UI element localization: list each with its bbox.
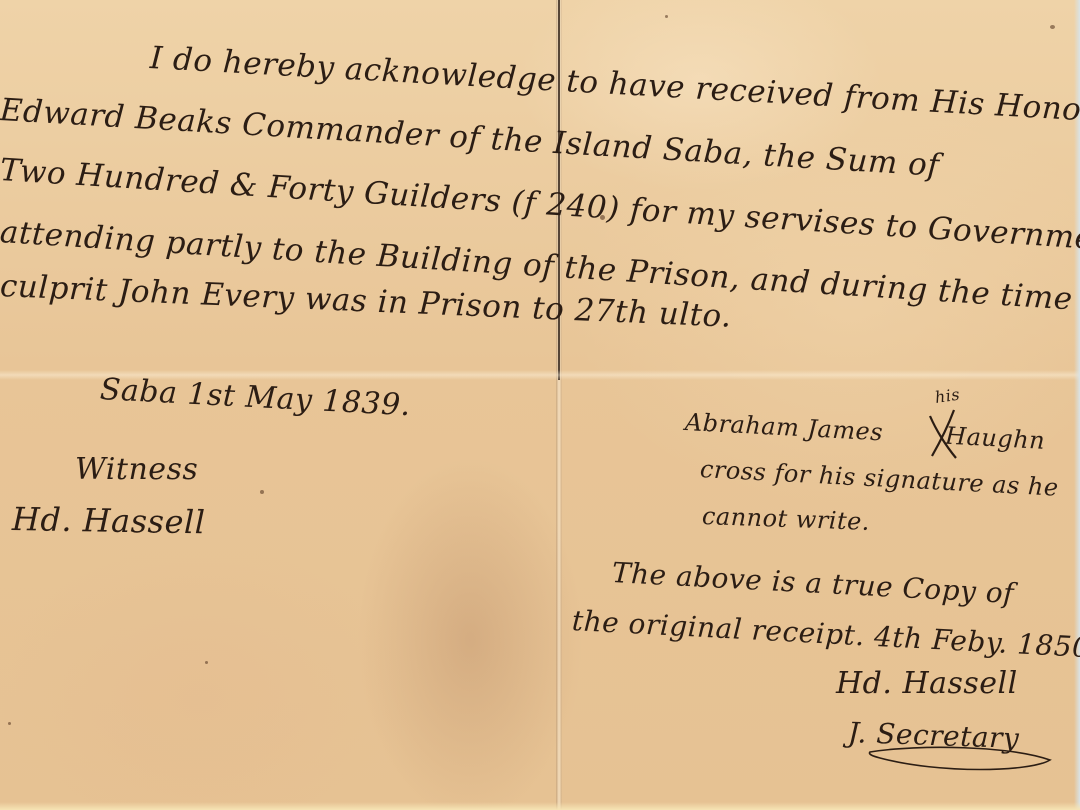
his-label: his — [934, 385, 962, 407]
ink-spot — [8, 722, 11, 725]
signatory-surname: Haughn — [945, 422, 1046, 455]
ink-spot — [205, 661, 208, 664]
secretary-signature: Hd. Hassell — [836, 666, 1018, 701]
cross-mark-icon — [928, 408, 958, 460]
mark-explanation-line-2: cannot write. — [702, 502, 871, 536]
witness-label: Witness — [75, 452, 198, 487]
ink-spot — [1050, 25, 1055, 29]
witness-signature: Hd. Hassell — [12, 500, 206, 541]
ink-spot — [665, 15, 668, 18]
paper-edge-bottom — [0, 802, 1080, 810]
signature-flourish-icon — [860, 740, 1060, 780]
ink-spot — [260, 490, 264, 494]
